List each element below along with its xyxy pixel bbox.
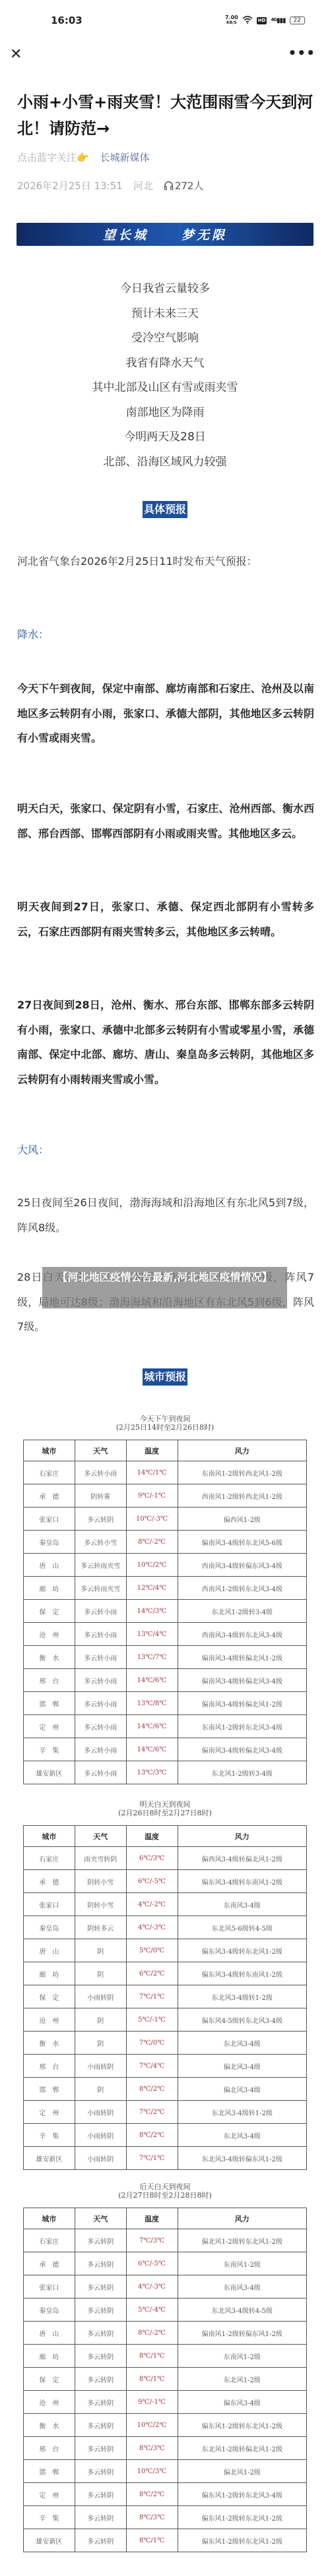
cell-city: 衡 水 <box>24 2032 75 2055</box>
cell-wind: 偏南风3-4级转东北风5-6级 <box>178 1531 306 1554</box>
cell-city: 邯 郸 <box>24 2078 75 2101</box>
forecast-table: 城市 天气 温度 风力 石家庄雨夹雪转阴6℃/3℃偏西风3-4级转偏北风1-2级… <box>23 1825 307 2170</box>
cell-weather: 多云转小雨 <box>75 1461 126 1484</box>
cell-weather: 多云转阴 <box>75 2368 126 2391</box>
cell-weather: 阴转多云 <box>75 1916 126 1939</box>
cell-city: 石家庄 <box>24 1461 75 1484</box>
precip-label: 降水： <box>17 626 49 641</box>
table-header-row: 城市 天气 温度 风力 <box>24 2208 307 2229</box>
table-subtitle: (2月27日8时至2月28日8时) <box>23 2191 307 2200</box>
table-header-row: 城市 天气 温度 风力 <box>24 1440 307 1461</box>
table-row: 沧 州多云转小雨13℃/4℃西南风3-4级转东北风3-4级 <box>24 1623 307 1646</box>
article-source: 点击蓝字关注👉 长城新媒体 <box>17 150 150 164</box>
table-row: 雄安新区小雨转阴7℃/1℃东北风3-4级转偏东风1-2级 <box>24 2147 307 2170</box>
cell-city: 承 德 <box>24 2252 75 2275</box>
cell-temp: 7℃/0℃ <box>126 2032 178 2055</box>
cell-weather: 阴 <box>75 2078 126 2101</box>
more-options-icon[interactable]: ••• <box>288 45 315 61</box>
table-row: 廊 坊多云转雨夹雪12℃/4℃西南风1-2级转东北风3-4级 <box>24 1577 307 1600</box>
cell-wind: 西南风1-2级转西北风1-2级 <box>178 1484 306 1508</box>
cell-temp: 8℃/3℃ <box>126 2506 178 2529</box>
cell-weather: 多云转阴 <box>75 2275 126 2298</box>
table-row: 张家口多云转阴10℃/-3℃偏西风1-2级 <box>24 1508 307 1531</box>
table-row: 雄安新区多云转阴8℃/1℃偏东风1-2级转东北风1-2级 <box>24 2529 307 2552</box>
cell-wind: 东北风3-4级 <box>178 2124 306 2147</box>
cell-city: 唐 山 <box>24 1939 75 1962</box>
table-row: 衡 水阴7℃/0℃东北风3-4级 <box>24 2032 307 2055</box>
publish-date: 2026年2月25日 13:51 <box>17 179 123 192</box>
cell-city: 廊 坊 <box>24 2345 75 2368</box>
article-title: 小雨+小雪+雨夹雪！大范围雨雪今天到河北！请防范→ <box>17 89 314 142</box>
cell-temp: 14℃/6℃ <box>126 1738 178 1761</box>
cell-city: 石家庄 <box>24 2229 75 2252</box>
table-row: 承 德多云转阴6℃/-5℃东南风1-2级 <box>24 2252 307 2275</box>
precip-paragraph: 今天下午到夜间，保定中南部、廊坊南部和石家庄、沧州及以南地区多云转阴有小雨，张家… <box>17 676 314 751</box>
cell-wind: 西南风3-4级转东北风3-4级 <box>178 1623 306 1646</box>
cell-city: 保 定 <box>24 2368 75 2391</box>
cell-wind: 东北风1-2级 <box>178 2368 306 2391</box>
cell-temp: 5℃/-4℃ <box>126 2298 178 2322</box>
cell-temp: 10℃/-3℃ <box>126 1508 178 1531</box>
cell-temp: 6℃/-5℃ <box>126 1870 178 1893</box>
cell-wind: 东南风1-2级转东北风3-4级 <box>178 1715 306 1738</box>
cell-wind: 偏东风3-4级转东南风1-2级 <box>178 1962 306 1985</box>
cell-temp: 7℃/2℃ <box>126 2101 178 2124</box>
cell-weather: 小雨转阴 <box>75 2101 126 2124</box>
cell-wind: 偏南风3-4级转偏北风3-4级 <box>178 1669 306 1692</box>
cell-wind: 偏北风1-2级 <box>178 2460 306 2483</box>
table-row: 邯 郸阴8℃/2℃偏北风3-4级 <box>24 2078 307 2101</box>
table-row: 石家庄雨夹雪转阴6℃/3℃偏西风3-4级转偏北风1-2级 <box>24 1847 307 1870</box>
table-row: 定 州多云转小雨14℃/6℃东南风1-2级转东北风3-4级 <box>24 1715 307 1738</box>
cell-city: 廊 坊 <box>24 1962 75 1985</box>
header-temp: 温度 <box>126 1440 178 1461</box>
cell-weather: 多云转小雨 <box>75 1623 126 1646</box>
cell-wind: 东北风1-2级转3-4级 <box>178 1600 306 1623</box>
forecast-intro: 河北省气象台2026年2月25日11时发布天气预报： <box>17 549 314 574</box>
cell-wind: 偏南风3-4级转偏北风3-4级 <box>178 1738 306 1761</box>
cell-weather: 多云转阴 <box>75 2298 126 2322</box>
cell-city: 辛 集 <box>24 2506 75 2529</box>
cell-wind: 偏东风4-5级转东北风3-4级 <box>178 2008 306 2032</box>
cell-city: 沧 州 <box>24 1623 75 1646</box>
table-row: 张家口阴转小雪4℃/-2℃东南风3-4级 <box>24 1893 307 1916</box>
cell-wind: 偏东风3-4级转东南风1-2级 <box>178 1870 306 1893</box>
cell-temp: 13℃/7℃ <box>126 1646 178 1669</box>
cell-city: 雄安新区 <box>24 2529 75 2552</box>
cell-wind: 东南风1-2级转西北风1-2级 <box>178 1461 306 1484</box>
cell-wind: 偏东风1-2级转东北风1-2级 <box>178 2506 306 2529</box>
summary-line: 我省有降水天气 <box>0 351 330 376</box>
cell-temp: 10℃/2℃ <box>126 2414 178 2437</box>
cell-temp: 8℃/2℃ <box>126 2483 178 2506</box>
cell-temp: 14℃/6℃ <box>126 1715 178 1738</box>
cell-wind: 东北风5-6级转4-5级 <box>178 1916 306 1939</box>
cell-wind: 东北风1-2级转偏北风1-2级 <box>178 2437 306 2460</box>
cell-wind: 西南风3-4级转偏东风3-4级 <box>178 1554 306 1577</box>
cell-temp: 13℃/8℃ <box>126 1692 178 1715</box>
cell-weather: 多云转小雨 <box>75 1715 126 1738</box>
table-row: 唐 山多云转雨夹雪10℃/2℃西南风3-4级转偏东风3-4级 <box>24 1554 307 1577</box>
section-tag-city-forecast: 城市预报 <box>0 1368 330 1386</box>
table-row: 邢 台小雨转阴7℃/4℃偏北风3-4级 <box>24 2055 307 2078</box>
table-header-row: 城市 天气 温度 风力 <box>24 1826 307 1847</box>
cell-wind: 东南风3-4级 <box>178 2275 306 2298</box>
table-row: 辛 集多云转小雨14℃/6℃偏南风3-4级转偏北风3-4级 <box>24 1738 307 1761</box>
banner-text-left: 望长城 <box>103 225 148 243</box>
hand-pointing-icon: 👉 <box>77 152 89 163</box>
cell-temp: 14℃/1℃ <box>126 1461 178 1484</box>
cell-temp: 14℃/3℃ <box>126 1600 178 1623</box>
precip-paragraph: 明天夜间到27日，张家口、承德、保定西北部阴有小雪转多云，石家庄西部阴有雨夹雪转… <box>17 894 314 944</box>
cell-wind: 东南风1-2级 <box>178 2345 306 2368</box>
cell-city: 邢 台 <box>24 2437 75 2460</box>
battery-icon: 22 <box>290 16 305 24</box>
cell-weather: 阴转小雪 <box>75 1893 126 1916</box>
follow-hint: 点击蓝字关注 <box>17 152 77 163</box>
cell-wind: 东北风3-4级 <box>178 2032 306 2055</box>
listen-count[interactable]: 272人 <box>164 179 204 192</box>
table-row: 辛 集多云转阴8℃/3℃偏东风1-2级转东北风1-2级 <box>24 2506 307 2529</box>
forecast-table-day-after: 后天白天到夜间 (2月27日8时至2月28日8时) 城市 天气 温度 风力 石家… <box>23 2182 307 2552</box>
cell-temp: 7℃/1℃ <box>126 1985 178 2008</box>
cell-temp: 6℃/-5℃ <box>126 2252 178 2275</box>
cell-weather: 小雨转阴 <box>75 2124 126 2147</box>
summary-line: 北部、沿海区域风力较强 <box>0 450 330 475</box>
summary-lines: 今日我省云量较多 预计未来三天 受冷空气影响 我省有降水天气 其中北部及山区有雪… <box>0 277 330 475</box>
cell-city: 张家口 <box>24 1508 75 1531</box>
table-title: 今天下午到夜间 <box>23 1415 307 1423</box>
table-row: 廊 坊阴6℃/2℃偏东风3-4级转东南风1-2级 <box>24 1962 307 1985</box>
cell-temp: 10℃/3℃ <box>126 2460 178 2483</box>
cell-weather: 多云转阴 <box>75 2414 126 2437</box>
table-row: 衡 水多云转阴10℃/2℃偏东风1-2级转东北风1-2级 <box>24 2414 307 2437</box>
table-row: 秦皇岛多云转小雪8℃/-2℃偏南风3-4级转东北风5-6级 <box>24 1531 307 1554</box>
cell-city: 承 德 <box>24 1870 75 1893</box>
cell-temp: 8℃/2℃ <box>126 2078 178 2101</box>
forecast-table-tomorrow: 明天白天到夜间 (2月26日8时至2月27日8时) 城市 天气 温度 风力 石家… <box>23 1800 307 2170</box>
cell-temp: 9℃/-1℃ <box>126 2391 178 2414</box>
cell-city: 秦皇岛 <box>24 2298 75 2322</box>
wind-paragraph: 25日夜间至26日夜间，渤海海域和沿海地区有东北风5到7级，阵风8级。 <box>17 1190 314 1240</box>
table-row: 邯 郸多云转阴10℃/3℃偏北风1-2级 <box>24 2460 307 2483</box>
cell-weather: 多云转雨夹雪 <box>75 1577 126 1600</box>
cell-city: 张家口 <box>24 2275 75 2298</box>
cell-wind: 东南风3-4级 <box>178 1893 306 1916</box>
cell-temp: 14℃/6℃ <box>126 1669 178 1692</box>
cell-city: 衡 水 <box>24 2414 75 2437</box>
summary-line: 今明两天及28日 <box>0 425 330 450</box>
summary-line: 南部地区为降雨 <box>0 401 330 426</box>
cell-wind: 偏南风3-4级转偏北风1-2级 <box>178 1692 306 1715</box>
headphones-icon <box>164 181 174 190</box>
cell-wind: 偏南风1-2级转偏东风1-2级 <box>178 2322 306 2345</box>
cell-temp: 13℃/4℃ <box>126 1623 178 1646</box>
cell-wind: 偏北风1-2级转东北风1-2级 <box>178 2229 306 2252</box>
cell-temp: 4℃/-3℃ <box>126 1916 178 1939</box>
forecast-table: 城市 天气 温度 风力 石家庄多云转小雨14℃/1℃东南风1-2级转西北风1-2… <box>23 1440 307 1784</box>
table-row: 廊 坊多云转阴8℃/1℃东南风1-2级 <box>24 2345 307 2368</box>
cell-wind: 偏东风1-2级转东北风1-2级 <box>178 2529 306 2552</box>
cell-weather: 多云转阴 <box>75 2322 126 2345</box>
table-row: 邯 郸多云转小雨13℃/8℃偏南风3-4级转偏北风1-2级 <box>24 1692 307 1715</box>
cell-city: 辛 集 <box>24 1738 75 1761</box>
cell-weather: 多云转阴 <box>75 2483 126 2506</box>
table-row: 沧 州阴5℃/-1℃偏东风4-5级转东北风3-4级 <box>24 2008 307 2032</box>
cell-weather: 阴 <box>75 1962 126 1985</box>
cell-city: 衡 水 <box>24 1646 75 1669</box>
cell-city: 邯 郸 <box>24 1692 75 1715</box>
cell-city: 邢 台 <box>24 2055 75 2078</box>
table-subtitle: (2月26日8时至2月27日8时) <box>23 1809 307 1817</box>
table-row: 保 定多云转阴8℃/1℃东北风1-2级 <box>24 2368 307 2391</box>
related-article-overlay[interactable]: 【河北地区疫情公告最新,河北地区疫情情况】 <box>42 1267 287 1308</box>
cell-weather: 多云转阴 <box>75 2529 126 2552</box>
table-row: 张家口多云转阴4℃/-3℃东南风3-4级 <box>24 2275 307 2298</box>
summary-line: 其中北部及山区有雪或雨夹雪 <box>0 376 330 401</box>
publish-location: 河北 <box>133 179 153 192</box>
cell-temp: 9℃/-1℃ <box>126 1484 178 1508</box>
cell-weather: 阴 <box>75 1939 126 1962</box>
summary-line: 今日我省云量较多 <box>0 277 330 302</box>
table-title: 后天白天到夜间 <box>23 2182 307 2191</box>
section-tag-detailed-forecast: 具体预报 <box>0 501 330 518</box>
cell-city: 秦皇岛 <box>24 1916 75 1939</box>
cell-city: 辛 集 <box>24 2124 75 2147</box>
cell-weather: 多云转小雨 <box>75 1738 126 1761</box>
cell-weather: 多云转阴 <box>75 2252 126 2275</box>
cell-weather: 阴 <box>75 2008 126 2032</box>
cell-weather: 多云转小雨 <box>75 1600 126 1623</box>
cell-weather: 多云转阴 <box>75 2506 126 2529</box>
cell-city: 保 定 <box>24 1600 75 1623</box>
summary-line: 受冷空气影响 <box>0 326 330 351</box>
wifi-icon <box>242 16 253 26</box>
cell-temp: 5℃/0℃ <box>126 1939 178 1962</box>
table-row: 雄安新区多云转小雨13℃/3℃东北风1-2级转3-4级 <box>24 1761 307 1784</box>
cell-weather: 多云转阴 <box>75 1508 126 1531</box>
cell-wind: 偏北风3-4级 <box>178 2055 306 2078</box>
cell-wind: 东北风3-4级转1-2级 <box>178 1985 306 2008</box>
cell-weather: 多云转阴 <box>75 2229 126 2252</box>
cell-weather: 阴转小雪 <box>75 1870 126 1893</box>
cell-wind: 偏东风1-2级转东北风1-2级 <box>178 2414 306 2437</box>
cell-temp: 8℃/1℃ <box>126 2368 178 2391</box>
status-icons: 7.00 KB/S HD 4G▮▮▮ 22 <box>225 15 305 26</box>
header-city: 城市 <box>24 1826 75 1847</box>
cell-city: 定 州 <box>24 2101 75 2124</box>
cell-wind: 东北风3-4级转1-2级 <box>178 2101 306 2124</box>
header-weather: 天气 <box>75 1440 126 1461</box>
status-time: 16:03 <box>51 15 82 26</box>
table-row: 邢 台多云转阴8℃/3℃东北风1-2级转偏北风1-2级 <box>24 2437 307 2460</box>
nav-bar: ✕ ••• <box>0 40 330 69</box>
cell-weather: 小雨转阴 <box>75 2147 126 2170</box>
cell-temp: 7℃/1℃ <box>126 2147 178 2170</box>
table-title: 明天白天到夜间 <box>23 1800 307 1809</box>
forecast-table-today: 今天下午到夜间 (2月25日14时至2月26日8时) 城市 天气 温度 风力 石… <box>23 1415 307 1784</box>
cell-city: 承 德 <box>24 1484 75 1508</box>
cell-temp: 8℃/-2℃ <box>126 2322 178 2345</box>
cell-wind: 偏东风3-4级转东北风1-2级 <box>178 1939 306 1962</box>
table-row: 邢 台多云转小雨14℃/6℃偏南风3-4级转偏北风3-4级 <box>24 1669 307 1692</box>
cell-weather: 小雨转阴 <box>75 1985 126 2008</box>
cell-weather: 多云转小雨 <box>75 1646 126 1669</box>
header-city: 城市 <box>24 2208 75 2229</box>
cell-temp: 6℃/3℃ <box>126 1847 178 1870</box>
cell-wind: 偏西风3-4级转偏北风1-2级 <box>178 1847 306 1870</box>
cell-temp: 7℃/4℃ <box>126 2055 178 2078</box>
cell-temp: 12℃/4℃ <box>126 1577 178 1600</box>
table-row: 石家庄多云转阴7℃/3℃偏北风1-2级转东北风1-2级 <box>24 2229 307 2252</box>
table-row: 保 定多云转小雨14℃/3℃东北风1-2级转3-4级 <box>24 1600 307 1623</box>
cell-weather: 多云转阴 <box>75 2437 126 2460</box>
cell-weather: 多云转阴 <box>75 2460 126 2483</box>
cell-wind: 偏东风3-4级 <box>178 2391 306 2414</box>
cell-wind: 东北风1-2级转3-4级 <box>178 1761 306 1784</box>
close-icon[interactable]: ✕ <box>10 46 22 63</box>
cell-weather: 多云转小雨 <box>75 1692 126 1715</box>
cell-wind: 偏北风3-4级 <box>178 2078 306 2101</box>
cell-weather: 多云转雨夹雪 <box>75 1554 126 1577</box>
cell-weather: 多云转小雪 <box>75 1531 126 1554</box>
table-row: 保 定小雨转阴7℃/1℃东北风3-4级转1-2级 <box>24 1985 307 2008</box>
cell-city: 定 州 <box>24 1715 75 1738</box>
table-row: 石家庄多云转小雨14℃/1℃东南风1-2级转西北风1-2级 <box>24 1461 307 1484</box>
slogan-banner: 望长城 梦无限 <box>16 223 313 246</box>
forecast-table: 城市 天气 温度 风力 石家庄多云转阴7℃/3℃偏北风1-2级转东北风1-2级承… <box>23 2208 307 2552</box>
cell-wind: 偏东风1-2级转东北风3-4级 <box>178 2483 306 2506</box>
cell-temp: 8℃/3℃ <box>126 2437 178 2460</box>
cell-temp: 8℃/1℃ <box>126 2345 178 2368</box>
summary-line: 预计未来三天 <box>0 302 330 327</box>
wind-label: 大风： <box>17 1142 49 1157</box>
table-row: 承 德阴转雾9℃/-1℃西南风1-2级转西北风1-2级 <box>24 1484 307 1508</box>
signal-icon: 4G▮▮▮ <box>271 17 285 24</box>
table-row: 衡 水多云转小雨13℃/7℃偏南风3-4级转偏北风1-2级 <box>24 1646 307 1669</box>
cell-city: 邢 台 <box>24 1669 75 1692</box>
cell-city: 唐 山 <box>24 1554 75 1577</box>
cell-temp: 13℃/3℃ <box>126 1761 178 1784</box>
cell-city: 唐 山 <box>24 2322 75 2345</box>
table-row: 唐 山阴5℃/0℃偏东风3-4级转东北风1-2级 <box>24 1939 307 1962</box>
cell-temp: 7℃/3℃ <box>126 2229 178 2252</box>
cell-weather: 阴 <box>75 2032 126 2055</box>
cell-wind: 偏南风3-4级转偏北风1-2级 <box>178 1646 306 1669</box>
header-wind: 风力 <box>178 2208 306 2229</box>
cell-city: 保 定 <box>24 1985 75 2008</box>
header-city: 城市 <box>24 1440 75 1461</box>
cell-city: 石家庄 <box>24 1847 75 1870</box>
precip-paragraph: 明天白天，张家口、保定阴有小雪，石家庄、沧州西部、衡水西部、邢台西部、邯郸西部阴… <box>17 796 314 846</box>
cell-city: 沧 州 <box>24 2391 75 2414</box>
cell-temp: 4℃/-3℃ <box>126 2275 178 2298</box>
table-row: 秦皇岛阴转多云4℃/-3℃东北风5-6级转4-5级 <box>24 1916 307 1939</box>
cell-city: 邯 郸 <box>24 2460 75 2483</box>
cell-weather: 多云转小雨 <box>75 1669 126 1692</box>
cell-city: 张家口 <box>24 1893 75 1916</box>
table-row: 定 州小雨转阴7℃/2℃东北风3-4级转1-2级 <box>24 2101 307 2124</box>
header-wind: 风力 <box>178 1440 306 1461</box>
cell-temp: 8℃/-2℃ <box>126 1531 178 1554</box>
cell-wind: 东南风1-2级 <box>178 2252 306 2275</box>
cell-temp: 8℃/2℃ <box>126 2124 178 2147</box>
cell-weather: 多云转阴 <box>75 2391 126 2414</box>
header-temp: 温度 <box>126 1826 178 1847</box>
network-speed: 7.00 KB/S <box>225 15 238 26</box>
precip-paragraph: 27日夜间到28日，沧州、衡水、邢台东部、邯郸东部多云转阴有小雨，张家口、承德中… <box>17 993 314 1092</box>
cell-city: 沧 州 <box>24 2008 75 2032</box>
header-weather: 天气 <box>75 2208 126 2229</box>
table-row: 承 德阴转小雪6℃/-5℃偏东风3-4级转东南风1-2级 <box>24 1870 307 1893</box>
table-row: 秦皇岛多云转阴5℃/-4℃东北风3-4级转4-5级 <box>24 2298 307 2322</box>
cell-city: 廊 坊 <box>24 1577 75 1600</box>
cell-wind: 西南风1-2级转东北风3-4级 <box>178 1577 306 1600</box>
cell-wind: 东北风3-4级转4-5级 <box>178 2298 306 2322</box>
cell-temp: 8℃/1℃ <box>126 2529 178 2552</box>
account-name-link[interactable]: 长城新媒体 <box>100 152 149 163</box>
table-row: 定 州多云转阴8℃/2℃偏东风1-2级转东北风3-4级 <box>24 2483 307 2506</box>
table-row: 辛 集小雨转阴8℃/2℃东北风3-4级 <box>24 2124 307 2147</box>
cell-temp: 10℃/2℃ <box>126 1554 178 1577</box>
table-subtitle: (2月25日14时至2月26日8时) <box>23 1423 307 1432</box>
header-temp: 温度 <box>126 2208 178 2229</box>
cell-weather: 多云转小雨 <box>75 1761 126 1784</box>
cell-weather: 雨夹雪转阴 <box>75 1847 126 1870</box>
cell-city: 雄安新区 <box>24 2147 75 2170</box>
hd-icon: HD <box>257 17 267 24</box>
header-weather: 天气 <box>75 1826 126 1847</box>
cell-temp: 5℃/-1℃ <box>126 2008 178 2032</box>
cell-weather: 阴转雾 <box>75 1484 126 1508</box>
table-row: 唐 山多云转阴8℃/-2℃偏南风1-2级转偏东风1-2级 <box>24 2322 307 2345</box>
cell-temp: 4℃/-2℃ <box>126 1893 178 1916</box>
cell-wind: 东北风3-4级转偏东风1-2级 <box>178 2147 306 2170</box>
article-meta: 2026年2月25日 13:51 河北 272人 <box>17 179 203 192</box>
cell-wind: 偏西风1-2级 <box>178 1508 306 1531</box>
cell-city: 定 州 <box>24 2483 75 2506</box>
cell-temp: 6℃/2℃ <box>126 1962 178 1985</box>
cell-weather: 多云转阴 <box>75 2345 126 2368</box>
cell-city: 雄安新区 <box>24 1761 75 1784</box>
cell-weather: 小雨转阴 <box>75 2055 126 2078</box>
banner-text-right: 梦无限 <box>181 225 227 243</box>
table-row: 沧 州多云转阴9℃/-1℃偏东风3-4级 <box>24 2391 307 2414</box>
header-wind: 风力 <box>178 1826 306 1847</box>
cell-city: 秦皇岛 <box>24 1531 75 1554</box>
